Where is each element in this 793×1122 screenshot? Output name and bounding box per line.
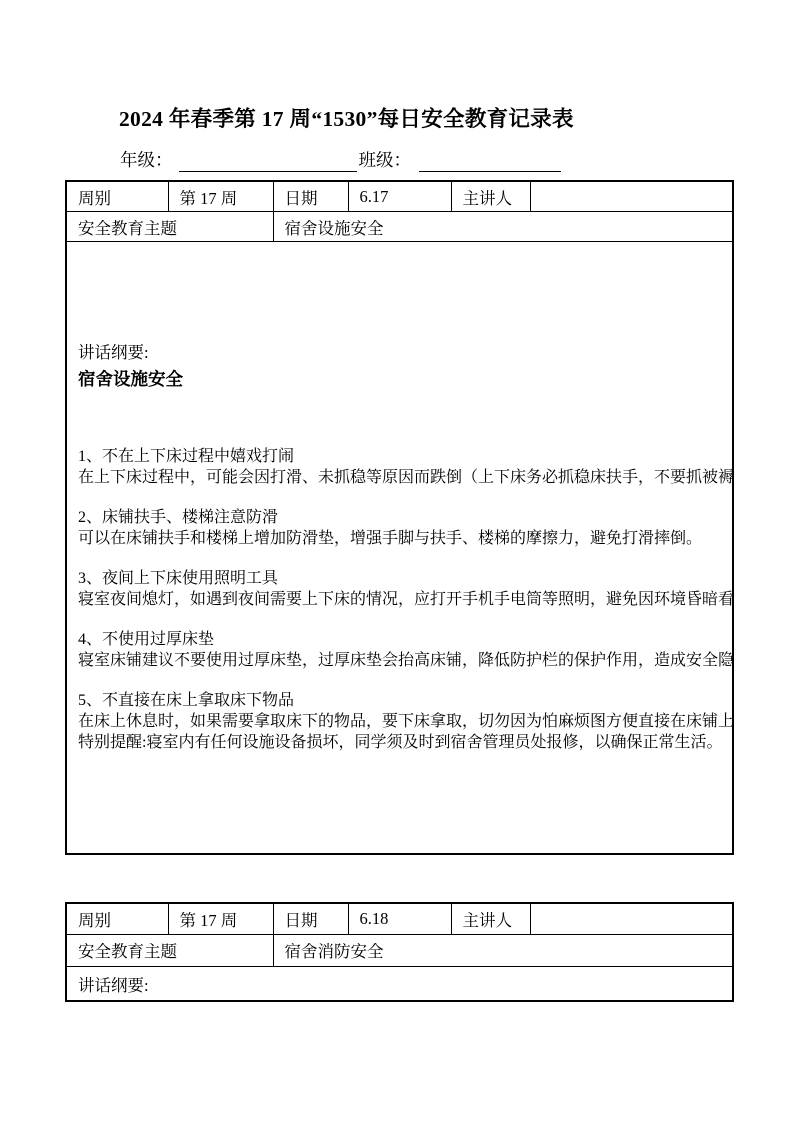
section-body: 在床上休息时，如果需要拿取床下的物品，要下床拿取，切勿因为怕麻烦图方便直接在床铺… [78, 711, 726, 732]
section-body: 可以在床铺扶手和楼梯上增加防滑垫，增强手脚与扶手、楼梯的摩擦力，避免打滑摔倒。 [78, 528, 726, 549]
special-note: 特别提醒:寝室内有任何设施设备损坏，同学须及时到宿舍管理员处报修，以确保正常生活… [78, 732, 726, 753]
theme-label-cell: 安全教育主题 [66, 212, 273, 242]
table-row: 周别 第 17 周 日期 6.17 主讲人 [66, 181, 733, 212]
theme-value-cell: 宿舍设施安全 [273, 212, 733, 242]
speaker-label-cell: 主讲人 [451, 903, 530, 934]
outline-cell: 讲话纲要: 宿舍设施安全 1、不在上下床过程中嬉戏打闹 在上下床过程中，可能会因… [66, 242, 733, 855]
grade-class-line: 年级：班级： [120, 147, 561, 172]
table-row: 周别 第 17 周 日期 6.18 主讲人 [66, 903, 733, 934]
outline-sections: 1、不在上下床过程中嬉戏打闹 在上下床过程中，可能会因打滑、未抓稳等原因而跌倒（… [78, 446, 726, 753]
section-2: 2、床铺扶手、楼梯注意防滑 可以在床铺扶手和楼梯上增加防滑垫，增强手脚与扶手、楼… [78, 507, 726, 549]
grade-blank-field[interactable] [179, 152, 357, 172]
section-3: 3、夜间上下床使用照明工具 寝室夜间熄灯，如遇到夜间需要上下床的情况，应打开手机… [78, 568, 726, 610]
week-label-cell: 周别 [66, 903, 168, 934]
grade-label: 年级： [120, 150, 173, 170]
content-title: 宿舍设施安全 [78, 368, 726, 390]
section-heading: 3、夜间上下床使用照明工具 [78, 568, 726, 589]
theme-label-cell: 安全教育主题 [66, 934, 273, 967]
outline-label: 讲话纲要: [78, 342, 726, 363]
speaker-value-cell[interactable] [530, 903, 733, 934]
section-1: 1、不在上下床过程中嬉戏打闹 在上下床过程中，可能会因打滑、未抓稳等原因而跌倒（… [78, 446, 726, 488]
week-value-cell: 第 17 周 [168, 181, 273, 212]
table-row: 安全教育主题 宿舍设施安全 [66, 212, 733, 242]
date-value-cell: 6.18 [348, 903, 451, 934]
table-row: 讲话纲要: 宿舍设施安全 1、不在上下床过程中嬉戏打闹 在上下床过程中，可能会因… [66, 242, 733, 855]
record-table-618: 周别 第 17 周 日期 6.18 主讲人 安全教育主题 宿舍消防安全 讲话纲要… [65, 902, 734, 1002]
record-table-617: 周别 第 17 周 日期 6.17 主讲人 安全教育主题 宿舍设施安全 讲话纲要… [65, 180, 734, 855]
speaker-value-cell[interactable] [530, 181, 733, 212]
section-4: 4、不使用过厚床垫 寝室床铺建议不要使用过厚床垫，过厚床垫会抬高床铺，降低防护栏… [78, 629, 726, 671]
document-page: 2024 年春季第 17 周“1530”每日安全教育记录表 年级：班级： 周别 … [0, 0, 793, 1122]
week-value-cell: 第 17 周 [168, 903, 273, 934]
date-label-cell: 日期 [273, 181, 348, 212]
section-heading: 1、不在上下床过程中嬉戏打闹 [78, 446, 726, 467]
date-value-cell: 6.17 [348, 181, 451, 212]
table-row: 讲话纲要: [66, 967, 733, 1001]
section-heading: 2、床铺扶手、楼梯注意防滑 [78, 507, 726, 528]
section-body: 寝室床铺建议不要使用过厚床垫，过厚床垫会抬高床铺，降低防护栏的保护作用，造成安全… [78, 650, 726, 671]
section-heading: 4、不使用过厚床垫 [78, 629, 726, 650]
outline-cell: 讲话纲要: [66, 967, 733, 1001]
theme-value-cell: 宿舍消防安全 [273, 934, 733, 967]
section-body: 寝室夜间熄灯，如遇到夜间需要上下床的情况，应打开手机手电筒等照明，避免因环境昏暗… [78, 589, 726, 610]
speaker-label-cell: 主讲人 [451, 181, 530, 212]
week-label-cell: 周别 [66, 181, 168, 212]
date-label-cell: 日期 [273, 903, 348, 934]
section-heading: 5、不直接在床上拿取床下物品 [78, 690, 726, 711]
class-label: 班级： [359, 150, 412, 170]
class-blank-field[interactable] [419, 152, 561, 172]
section-5: 5、不直接在床上拿取床下物品 在床上休息时，如果需要拿取床下的物品，要下床拿取，… [78, 690, 726, 732]
doc-title: 2024 年春季第 17 周“1530”每日安全教育记录表 [119, 102, 574, 133]
section-body: 在上下床过程中，可能会因打滑、未抓稳等原因而跌倒（上下床务必抓稳床扶手，不要抓被… [78, 467, 726, 488]
table-row: 安全教育主题 宿舍消防安全 [66, 934, 733, 967]
